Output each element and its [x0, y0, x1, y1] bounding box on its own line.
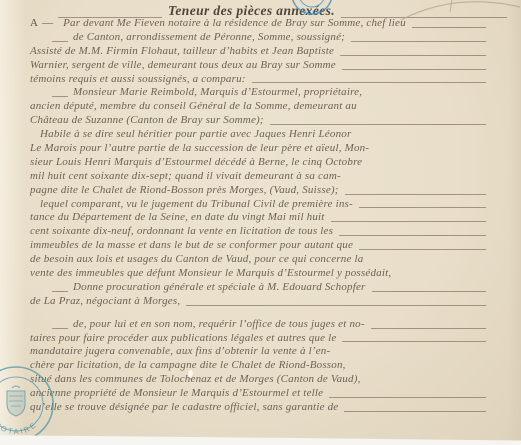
- line-text: ancienne propriété de Monsieur le Marqui…: [30, 387, 323, 401]
- trailing-rule: [412, 27, 486, 28]
- line-text: Château de Suzanne (Canton de Bray sur S…: [30, 114, 264, 128]
- lead-rule: [52, 41, 68, 42]
- manuscript-line: de Canton, arrondissement de Péronne, So…: [30, 31, 486, 45]
- manuscript-line: situé dans les communes de Tolochenaz et…: [30, 373, 486, 387]
- line-text: qu’elle se trouve désignée par le cadast…: [30, 401, 338, 415]
- manuscript-line: témoins requis et aussi soussignés, a co…: [30, 73, 486, 87]
- line-text: de, pour lui et en son nom, requérir l’o…: [73, 318, 365, 332]
- margin-letter: A —: [30, 17, 54, 29]
- trailing-rule: [340, 55, 486, 56]
- line-text: de besoin aux lois et usages du Canton d…: [30, 253, 363, 267]
- svg-text:NOTAIRE: NOTAIRE: [0, 420, 39, 437]
- trailing-rule: [351, 41, 486, 42]
- line-text: Monsieur Marie Reimbold, Marquis d’Estou…: [73, 86, 362, 100]
- manuscript-line: Monsieur Marie Reimbold, Marquis d’Estou…: [30, 86, 486, 100]
- manuscript-line: Warnier, sergent de ville, demeurant tou…: [30, 59, 486, 73]
- paper-flaw: [188, 370, 193, 378]
- manuscript-line: tance du Département de la Seine, en dat…: [30, 211, 486, 225]
- line-text: Donne procuration générale et spéciale à…: [73, 281, 366, 295]
- trailing-rule: [344, 411, 486, 412]
- trailing-rule: [270, 124, 486, 125]
- line-text: vente des immeubles que défunt Monsieur …: [30, 267, 391, 281]
- line-text: sieur Louis Henri Marquis d’Estourmel dé…: [30, 156, 362, 170]
- line-text: mandataire jugera convenable, aux fins d…: [30, 345, 330, 359]
- manuscript-line: taires pour faire procéder aux publicati…: [30, 332, 486, 346]
- manuscript-line: Assisté de M.M. Firmin Flohaut, tailleur…: [30, 45, 486, 59]
- manuscript-line: ancien député, membre du conseil Général…: [30, 100, 486, 114]
- line-text: pagne dite le Chalet de Riond-Bosson prè…: [30, 184, 339, 198]
- manuscript-line: de besoin aux lois et usages du Canton d…: [30, 253, 486, 267]
- manuscript-line: vente des immeubles que défunt Monsieur …: [30, 267, 486, 281]
- line-text: de Canton, arrondissement de Péronne, So…: [73, 31, 345, 45]
- lead-rule: [52, 328, 68, 329]
- manuscript-line: lequel comparant, vu le jugement du Trib…: [30, 198, 486, 212]
- trailing-rule: [345, 194, 486, 195]
- trailing-rule: [342, 341, 486, 342]
- lead-rule: [52, 96, 68, 97]
- manuscript-line: Château de Suzanne (Canton de Bray sur S…: [30, 114, 486, 128]
- lead-rule: [52, 291, 68, 292]
- line-text: Warnier, sergent de ville, demeurant tou…: [30, 59, 336, 73]
- line-text: Le Marois pour l’autre partie de la succ…: [30, 142, 369, 156]
- manuscript-line: mandataire jugera convenable, aux fins d…: [30, 345, 486, 359]
- scanned-document: Teneur des pièces annexées. A —Par devan…: [0, 0, 521, 445]
- trailing-rule: [372, 291, 486, 292]
- line-text: tance du Département de la Seine, en dat…: [30, 211, 325, 225]
- manuscript-line: immeubles de la masse et dans le but de …: [30, 239, 486, 253]
- trailing-rule: [371, 328, 486, 329]
- manuscript-line: cent soixante dix-neuf, ordonnant la ven…: [30, 225, 486, 239]
- trailing-rule: [359, 249, 486, 250]
- trailing-rule: [252, 82, 486, 83]
- line-text: immeubles de la masse et dans le but de …: [30, 239, 353, 253]
- trailing-rule: [186, 305, 486, 306]
- manuscript-line: Le Marois pour l’autre partie de la succ…: [30, 142, 486, 156]
- manuscript-line: mil huit cent soixante dix-sept; quand i…: [30, 170, 486, 184]
- manuscript-line: de, pour lui et en son nom, requérir l’o…: [30, 318, 486, 332]
- line-text: taires pour faire procéder aux publicati…: [30, 332, 336, 346]
- manuscript-lines: A —Par devant Me Fieven notaire à la rés…: [30, 17, 486, 415]
- line-text: lequel comparant, vu le jugement du Trib…: [40, 198, 353, 212]
- line-text: mil huit cent soixante dix-sept; quand i…: [30, 170, 341, 184]
- line-text: Par devant Me Fieven notaire à la réside…: [63, 17, 406, 31]
- trailing-rule: [331, 221, 486, 222]
- line-text: de La Praz, négociant à Morges,: [30, 295, 180, 309]
- manuscript-line: A —Par devant Me Fieven notaire à la rés…: [30, 17, 486, 31]
- manuscript-paper: Teneur des pièces annexées. A —Par devan…: [0, 0, 521, 445]
- trailing-rule: [342, 69, 486, 70]
- manuscript-line: chère par licitation, de la campagne dit…: [30, 359, 486, 373]
- manuscript-line: qu’elle se trouve désignée par le cadast…: [30, 401, 486, 415]
- line-text: Assisté de M.M. Firmin Flohaut, tailleur…: [30, 45, 334, 59]
- manuscript-line: pagne dite le Chalet de Riond-Bosson prè…: [30, 184, 486, 198]
- line-text: témoins requis et aussi soussignés, a co…: [30, 73, 246, 87]
- trailing-rule: [339, 235, 486, 236]
- line-text: Habile à se dire seul héritier pour part…: [40, 128, 351, 142]
- trailing-rule: [359, 207, 486, 208]
- manuscript-line: sieur Louis Henri Marquis d’Estourmel dé…: [30, 156, 486, 170]
- manuscript-line: Donne procuration générale et spéciale à…: [30, 281, 486, 295]
- trailing-rule: [329, 397, 486, 398]
- line-text: cent soixante dix-neuf, ordonnant la ven…: [30, 225, 333, 239]
- manuscript-line: de La Praz, négociant à Morges,: [30, 295, 486, 309]
- line-text: situé dans les communes de Tolochenaz et…: [30, 373, 361, 387]
- manuscript-line: ancienne propriété de Monsieur le Marqui…: [30, 387, 486, 401]
- manuscript-line: Habile à se dire seul héritier pour part…: [30, 128, 486, 142]
- line-text: ancien député, membre du conseil Général…: [30, 100, 357, 114]
